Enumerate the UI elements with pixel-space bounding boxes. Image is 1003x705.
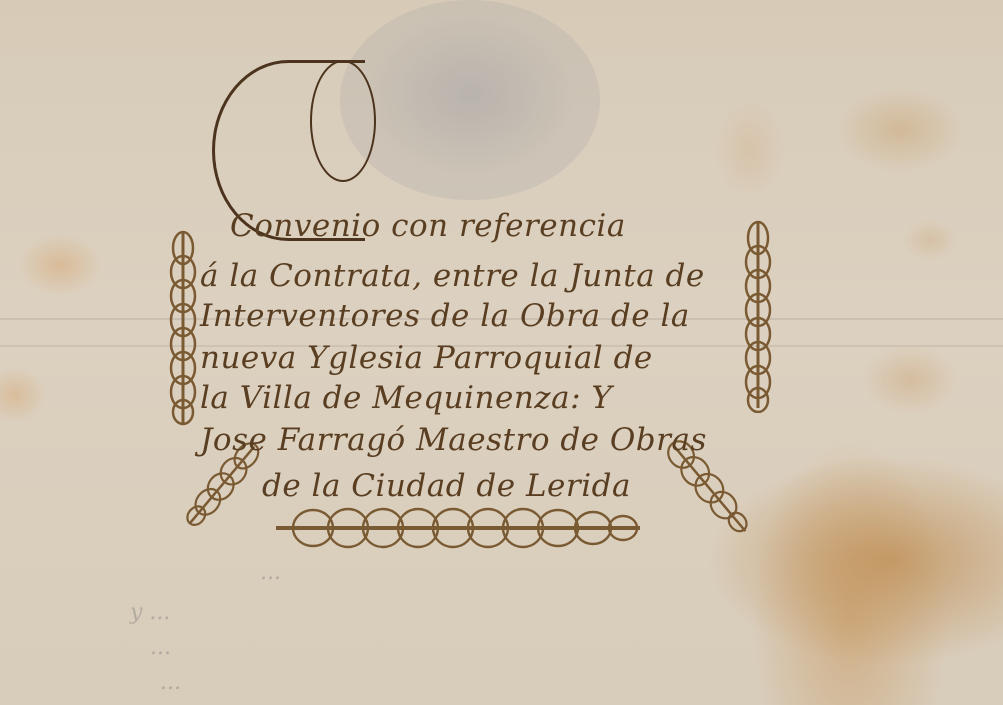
- title-line: Convenio con referencia: [230, 208, 626, 244]
- left-chain-ornament: [165, 228, 201, 428]
- bleed-through-text: ...: [160, 670, 181, 695]
- watermark-seal: [340, 0, 600, 200]
- title-line: de la Ciudad de Lerida: [262, 468, 631, 504]
- title-line: Interventores de la Obra de la: [200, 298, 690, 334]
- bleed-through-text: ...: [150, 635, 171, 660]
- title-line: Jose Farragó Maestro de Obras: [200, 422, 707, 458]
- manuscript-page: ... y ... ... ...: [0, 0, 1003, 705]
- bottom-chain-ornament: [268, 503, 648, 553]
- title-line: la Villa de Mequinenza: Y: [200, 380, 612, 416]
- title-line: á la Contrata, entre la Junta de: [200, 258, 705, 294]
- decorative-capital-flourish: [310, 60, 376, 182]
- bleed-through-text: y ...: [130, 600, 170, 625]
- title-line: nueva Yglesia Parroquial de: [200, 340, 653, 376]
- bleed-through-text: ...: [260, 560, 281, 585]
- right-chain-ornament: [740, 218, 776, 413]
